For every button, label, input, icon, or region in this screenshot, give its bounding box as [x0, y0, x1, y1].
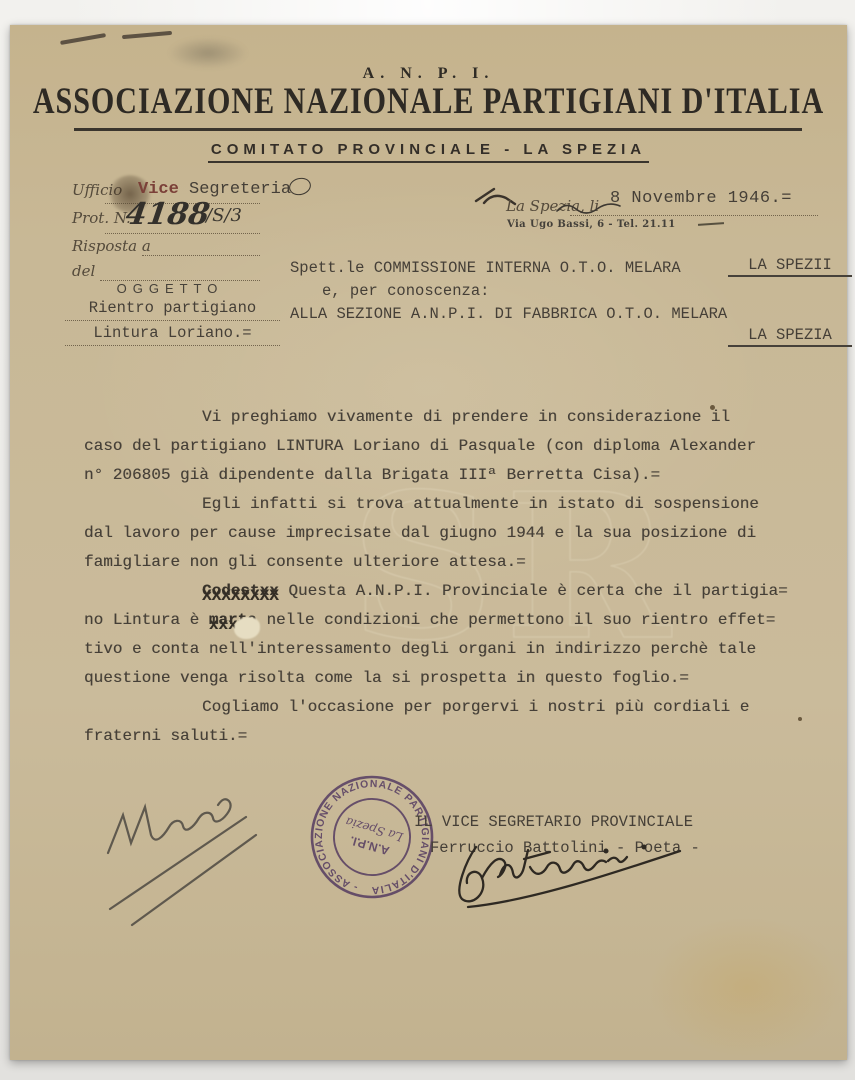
body-line: questione venga risolta come la si prosp…	[84, 664, 820, 693]
prot-suffix-handwritten: /S/3	[206, 205, 242, 226]
body-line: n° 206805 già dipendente dalla Brigata I…	[84, 461, 820, 490]
pencil-note-handwriting	[96, 777, 278, 929]
body-line: dal lavoro per cause imprecisate dal giu…	[84, 519, 820, 548]
body-line: Codestxx Questa A.N.P.I. Provinciale è c…	[84, 577, 820, 606]
recipient-city2-text: LA SPEZIA	[728, 326, 852, 347]
svg-text:- ASSOCIAZIONE NAZIONALE PARTI: - ASSOCIAZIONE NAZIONALE PARTIGIANI D'IT…	[305, 770, 439, 904]
body-line: famigliare non gli consente ulteriore at…	[84, 548, 820, 577]
recipient-city2: LA SPEZIA	[728, 326, 852, 347]
date-value: 8 Novembre 1946.=	[610, 189, 792, 208]
body-line: no Lintura è marta nelle condizioni che …	[84, 606, 820, 635]
dash-mark	[698, 222, 724, 226]
body-text: Questa A.N.P.I. Provinciale è certa che …	[279, 582, 788, 600]
recipient-city1: LA SPEZII	[728, 256, 852, 277]
body-text: questione venga risolta come la si prosp…	[84, 669, 689, 687]
stamp-ring-text: - ASSOCIAZIONE NAZIONALE PARTIGIANI D'IT…	[305, 770, 439, 904]
handwritten-oval-mark	[287, 176, 312, 198]
staple-mark	[60, 33, 106, 44]
ufficio-value: Vice Segreteria	[138, 178, 311, 199]
body-line: Cogliamo l'occasione per porgervi i nost…	[84, 693, 820, 722]
body-line: caso del partigiano LINTURA Loriano di P…	[84, 432, 820, 461]
oggetto-label: OGGETTO	[65, 281, 275, 296]
body-line: fraterni saluti.=	[84, 722, 820, 751]
recipient-city1-text: LA SPEZII	[728, 256, 852, 277]
body-line: tivo e conta nell'interessamento degli o…	[84, 635, 820, 664]
signer-title: IL VICE SEGRETARIO PROVINCIALE	[414, 813, 693, 831]
body-text: nelle condizioni che permettono il suo r…	[257, 611, 775, 629]
body-text: Egli infatti si trova attualmente in ist…	[202, 495, 759, 513]
photo-background: A. N. P. I. ASSOCIAZIONE NAZIONALE PARTI…	[0, 0, 855, 1080]
body-text: no Lintura è	[84, 611, 209, 629]
oggetto-line1: Rientro partigiano	[65, 299, 280, 321]
body-line: Egli infatti si trova attualmente in ist…	[84, 490, 820, 519]
body-text: fraterni saluti.=	[84, 727, 247, 745]
ink-speck	[798, 717, 802, 721]
risposta-label: Risposta a	[72, 237, 151, 255]
letter-body: Vi preghiamo vivamente di prendere in co…	[84, 403, 820, 751]
dotted-line	[105, 233, 260, 234]
autograph-signature	[438, 831, 700, 919]
prot-number-handwritten: 4188	[124, 197, 212, 232]
recipient-line2: ALLA SEZIONE A.N.P.I. DI FABBRICA O.T.O.…	[290, 305, 727, 323]
body-text: n° 206805 già dipendente dalla Brigata I…	[84, 466, 660, 484]
body-text: Vi preghiamo vivamente di prendere in co…	[202, 408, 730, 426]
del-label: del	[72, 262, 95, 280]
staple-mark	[122, 31, 172, 39]
oggetto-line2: Lintura Loriano.=	[65, 324, 280, 346]
header-rule	[74, 128, 802, 131]
committee-row: COMITATO PROVINCIALE - LA SPEZIA	[10, 141, 847, 163]
ink-speck	[710, 405, 715, 410]
cc-label: e, per conoscenza:	[322, 282, 489, 300]
overstruck-text: Codestxx	[202, 582, 279, 600]
dotted-line	[142, 255, 260, 256]
prot-label: Prot. N.	[72, 209, 131, 227]
org-name: ASSOCIAZIONE NAZIONALE PARTIGIANI D'ITAL…	[23, 80, 835, 122]
smudge-mark	[168, 37, 248, 69]
body-text: caso del partigiano LINTURA Loriano di P…	[84, 437, 756, 455]
paper-chip	[234, 617, 260, 639]
body-text: dal lavoro per cause imprecisate dal giu…	[84, 524, 756, 542]
body-text: Cogliamo l'occasione per porgervi i nost…	[202, 698, 749, 716]
recipient-line1: Spett.le COMMISSIONE INTERNA O.T.O. MELA…	[290, 259, 681, 277]
body-text: famigliare non gli consente ulteriore at…	[84, 553, 526, 571]
office-address: Via Ugo Bassi, 6 - Tel. 21.11	[507, 219, 676, 230]
letter-paper: A. N. P. I. ASSOCIAZIONE NAZIONALE PARTI…	[10, 25, 847, 1060]
anpi-round-stamp: - ASSOCIAZIONE NAZIONALE PARTIGIANI D'IT…	[305, 770, 439, 904]
body-text: tivo e conta nell'interessamento degli o…	[84, 640, 756, 658]
committee-name: COMITATO PROVINCIALE - LA SPEZIA	[208, 141, 649, 163]
